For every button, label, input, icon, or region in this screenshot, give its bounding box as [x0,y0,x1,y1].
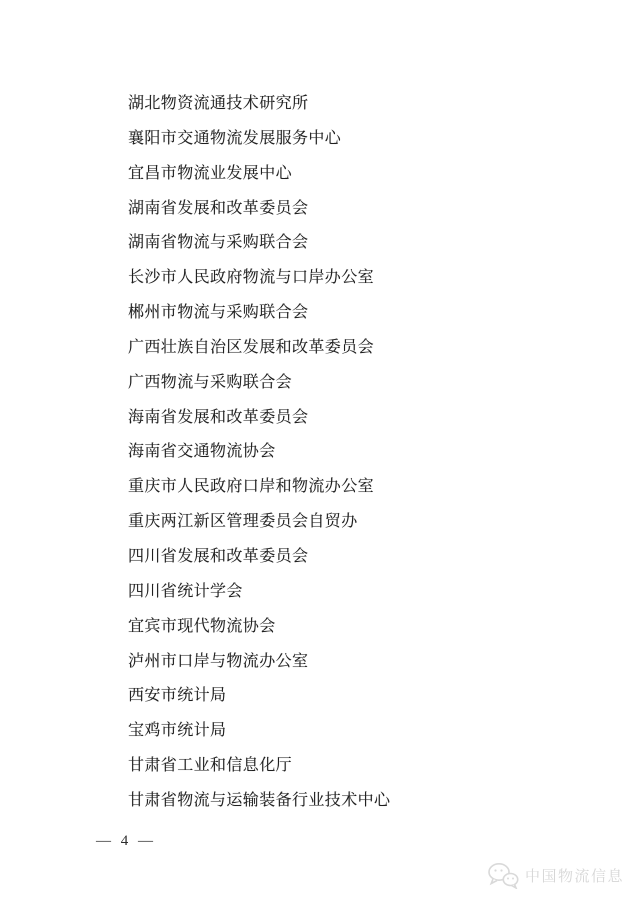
list-item: 湖南省物流与采购联合会 [128,229,390,264]
document-page: 湖北物资流通技术研究所襄阳市交通物流发展服务中心宜昌市物流业发展中心湖南省发展和… [0,0,640,905]
list-item: 西安市统计局 [128,682,390,717]
list-item: 宜宾市现代物流协会 [128,613,390,648]
organization-list: 湖北物资流通技术研究所襄阳市交通物流发展服务中心宜昌市物流业发展中心湖南省发展和… [128,90,390,822]
list-item: 襄阳市交通物流发展服务中心 [128,125,390,160]
list-item: 广西物流与采购联合会 [128,369,390,404]
wechat-icon [487,861,519,889]
list-item: 海南省交通物流协会 [128,438,390,473]
list-item: 重庆两江新区管理委员会自贸办 [128,508,390,543]
list-item: 广西壮族自治区发展和改革委员会 [128,334,390,369]
list-item: 长沙市人民政府物流与口岸办公室 [128,264,390,299]
list-item: 泸州市口岸与物流办公室 [128,648,390,683]
watermark: 中国物流信息 [487,861,624,889]
list-item: 湖南省发展和改革委员会 [128,195,390,230]
list-item: 湖北物资流通技术研究所 [128,90,390,125]
list-item: 四川省统计学会 [128,578,390,613]
list-item: 重庆市人民政府口岸和物流办公室 [128,473,390,508]
list-item: 海南省发展和改革委员会 [128,404,390,439]
watermark-label: 中国物流信息 [525,865,624,886]
list-item: 宝鸡市统计局 [128,717,390,752]
page-number: — 4 — [96,833,156,850]
list-item: 郴州市物流与采购联合会 [128,299,390,334]
list-item: 四川省发展和改革委员会 [128,543,390,578]
list-item: 甘肃省工业和信息化厅 [128,752,390,787]
list-item: 甘肃省物流与运输装备行业技术中心 [128,787,390,822]
list-item: 宜昌市物流业发展中心 [128,160,390,195]
